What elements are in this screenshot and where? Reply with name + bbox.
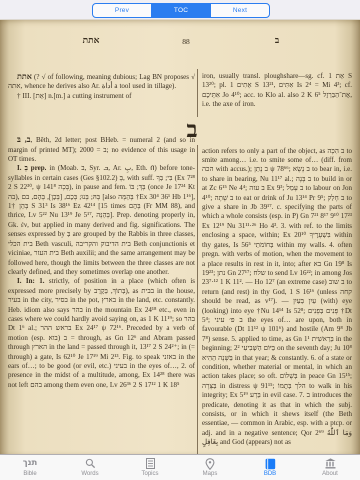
entry-body: , Bêth, 2d letter; post BHeb. = numeral … [8, 136, 195, 163]
next-button[interactable]: Next [210, 4, 269, 17]
column-divider-top [197, 69, 198, 117]
page-number: 88 [12, 37, 360, 46]
tab-about[interactable]: About [300, 455, 360, 480]
building-icon [325, 458, 336, 470]
prev-button[interactable]: Prev [93, 4, 151, 17]
entry-beth-continuation: action refers to only a part of the obje… [202, 147, 352, 448]
entry-eth-cutting: † III. [אֵת] n.[m.] a cutting instrument… [8, 92, 195, 101]
entry-atat: אתת (? √ of following, meaning dubious; … [8, 72, 195, 92]
app-window: Prev TOC Next אתת 88 ב ב אתת (? √ of fol… [0, 0, 360, 480]
entry-eth-continuation: iron, usually transl. ploughshare—sg. cf… [202, 72, 352, 110]
entry-body: in (Moab. ב, Syr. ܒ, Ar. بِ, Eth. በ) bef… [8, 164, 195, 275]
search-icon [85, 458, 96, 470]
column-divider-bottom [197, 145, 198, 455]
tab-bdb[interactable]: BDB [240, 455, 300, 480]
guide-word-right: ב [262, 35, 292, 45]
entry-headword: I. בְּ prep. [17, 164, 46, 172]
hebrew-letters-icon: תנך [23, 458, 38, 470]
segmented-control: Prev TOC Next [92, 3, 270, 18]
toc-button[interactable]: TOC [151, 4, 210, 17]
tab-topics[interactable]: Topics [120, 455, 180, 480]
entry-section-label: I. In: 1. [17, 277, 44, 285]
entry-beth-sense-1: I. In: 1. strictly, of position in a pla… [8, 277, 195, 390]
tab-label: Maps [203, 471, 218, 478]
entry-headword: אתת [17, 72, 32, 81]
top-toolbar: Prev TOC Next [0, 0, 360, 20]
tab-words[interactable]: Words [60, 455, 120, 480]
entry-body: (? √ of following, meaning dubious; Lag … [8, 73, 195, 90]
entry-headword: ב, בּ [17, 135, 31, 144]
tab-bar: תנך Bible Words Topics [0, 454, 360, 480]
tab-bible[interactable]: תנך Bible [0, 455, 60, 480]
entry-body: strictly, of position in a place (which … [8, 277, 195, 388]
tab-label: BDB [264, 471, 276, 478]
page-scan[interactable]: אתת 88 ב ב אתת (? √ of following, meanin… [0, 19, 360, 455]
right-column: iron, usually transl. ploughshare—sg. cf… [202, 72, 352, 455]
book-icon [265, 458, 276, 470]
tab-label: About [322, 471, 338, 478]
entry-beth-letter: ב, בּ, Bêth, 2d letter; post BHeb. = num… [8, 135, 195, 164]
entry-beth-prep: I. בְּ prep. in (Moab. ב, Syr. ܒ, Ar. بِ… [8, 164, 195, 277]
tab-label: Bible [23, 471, 36, 478]
list-icon [146, 458, 155, 470]
left-column: אתת (? √ of following, meaning dubious; … [8, 72, 195, 455]
tab-label: Words [81, 471, 98, 478]
tab-label: Topics [141, 471, 158, 478]
tab-maps[interactable]: Maps [180, 455, 240, 480]
map-pin-icon [205, 458, 215, 470]
